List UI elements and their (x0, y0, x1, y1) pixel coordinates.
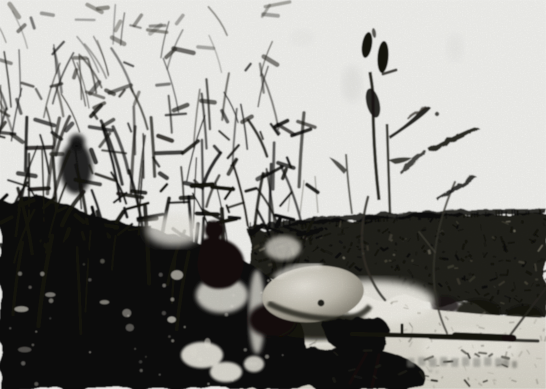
film-grain-overlay (0, 0, 546, 389)
photo-canvas (0, 0, 546, 389)
war-photograph (0, 0, 546, 389)
